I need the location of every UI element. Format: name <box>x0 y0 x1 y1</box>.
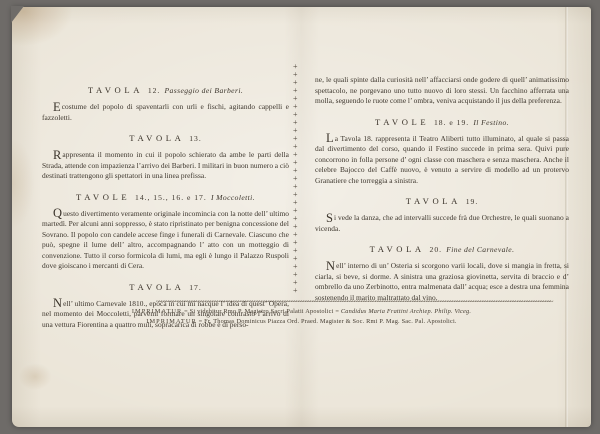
imprimatur-line: IMPRIMATUR = Si videbitur Rmo P. Magistr… <box>12 308 591 315</box>
tavola-heading: TAVOLA 17. <box>42 277 289 295</box>
paragraph: Nell’ interno di un’ Osteria si scorgono… <box>315 261 569 303</box>
imprimatur-text: = Si videbitur Rmo P. Magistro Sacri Pal… <box>182 308 340 315</box>
paragraph: Rappresenta il momento in cui il popolo … <box>42 150 289 182</box>
heading-title: Il Festino. <box>469 118 509 127</box>
heading-number: 19. <box>461 197 478 206</box>
paragraph-text: costume del popolo di spaventarli con ur… <box>42 102 289 122</box>
drop-cap-initial: E <box>53 100 61 114</box>
heading-number: 18. e 19. <box>429 118 469 127</box>
book-spread-paper: TAVOLA 12. Passeggio dei Barberi.Ecostum… <box>12 7 591 427</box>
tavola-heading: TAVOLE 14., 15., 16. e 17. I Moccoletti. <box>42 187 289 205</box>
drop-cap-initial: R <box>53 148 61 162</box>
two-page-spread: TAVOLA 12. Passeggio dei Barberi.Ecostum… <box>12 7 591 331</box>
drop-cap-initial: L <box>326 131 334 145</box>
paragraph: La Tavola 18. rappresenta il Teatro Alib… <box>315 134 569 187</box>
heading-number: 17. <box>184 283 201 292</box>
drop-cap-initial: Q <box>53 206 62 220</box>
paragraph-text: uesto divertimento veramente originale i… <box>42 209 289 271</box>
paragraph-text: a Tavola 18. rappresenta il Teatro Alibe… <box>315 134 569 185</box>
scan-background: { "document": { "kind": "scanned book sp… <box>0 0 600 434</box>
paragraph: Questo divertimento veramente originale … <box>42 209 289 272</box>
paragraph-text: appresenta il momento in cui il popolo s… <box>42 150 289 180</box>
heading-number: 12. <box>143 86 160 95</box>
paragraph-text: i vede la danza, che ad intervalli succe… <box>315 213 569 233</box>
drop-cap-initial: N <box>326 259 335 273</box>
heading-word: TAVOLA <box>406 196 461 206</box>
stitch-cross-icon: + <box>293 287 298 295</box>
imprimatur-line: IMPRIMATUR = Fr. Thomas Dominicus Piazza… <box>12 318 591 325</box>
paragraph-text: ne, le quali spinte dalla curiosità nell… <box>315 75 569 105</box>
wavy-divider: ~~~~~~~~~~~~~~~~~~~~~~~~~~~~~~~~~~~~~~~~… <box>128 300 580 305</box>
heading-title: Fine del Carnevale. <box>442 245 514 254</box>
imprimatur-italic: Candidus Maria Frattini Archiep. Philip.… <box>341 308 471 315</box>
heading-word: TAVOLA <box>88 85 143 95</box>
heading-number: 20. <box>425 245 442 254</box>
paragraph: Si vede la danza, che ad intervalli succ… <box>315 213 569 234</box>
tavola-heading: TAVOLA 13. <box>42 128 289 146</box>
imprimatur-lines: IMPRIMATUR = Si videbitur Rmo P. Magistr… <box>12 308 591 325</box>
page-right: ne, le quali spinte dalla curiosità nell… <box>315 75 569 331</box>
imprimatur-section: ~~~~~~~~~~~~~~~~~~~~~~~~~~~~~~~~~~~~~~~~… <box>12 299 591 325</box>
binding-stitches: +++++++++++++++++++++++++++++ <box>293 63 298 295</box>
drop-cap-initial: S <box>326 211 333 225</box>
heading-title: Passeggio dei Barberi. <box>160 86 243 95</box>
paragraph: ne, le quali spinte dalla curiosità nell… <box>315 75 569 107</box>
tavola-heading: TAVOLE 18. e 19. Il Festino. <box>315 112 569 130</box>
tavola-heading: TAVOLA 12. Passeggio dei Barberi. <box>42 80 289 98</box>
heading-word: TAVOLE <box>76 192 130 202</box>
imprimatur-text: = Fr. Thomas Dominicus Piazza Ord. Praed… <box>197 318 457 325</box>
heading-title: I Moccoletti. <box>207 193 255 202</box>
tavola-heading: TAVOLA 20. Fine del Carnevale. <box>315 239 569 257</box>
page-left: TAVOLA 12. Passeggio dei Barberi.Ecostum… <box>42 75 289 331</box>
heading-number: 14., 15., 16. e 17. <box>130 193 207 202</box>
heading-word: TAVOLA <box>129 133 184 143</box>
imprimatur-label: IMPRIMATUR <box>146 318 197 325</box>
imprimatur-label: IMPRIMATUR <box>132 308 183 315</box>
heading-word: TAVOLA <box>370 244 425 254</box>
heading-word: TAVOLE <box>375 117 429 127</box>
tavola-heading: TAVOLA 19. <box>315 191 569 209</box>
paragraph: Ecostume del popolo di spaventarli con u… <box>42 102 289 123</box>
heading-word: TAVOLA <box>129 282 184 292</box>
heading-number: 13. <box>184 134 201 143</box>
paragraph-text: ell’ interno di un’ Osteria si scorgono … <box>315 261 569 302</box>
